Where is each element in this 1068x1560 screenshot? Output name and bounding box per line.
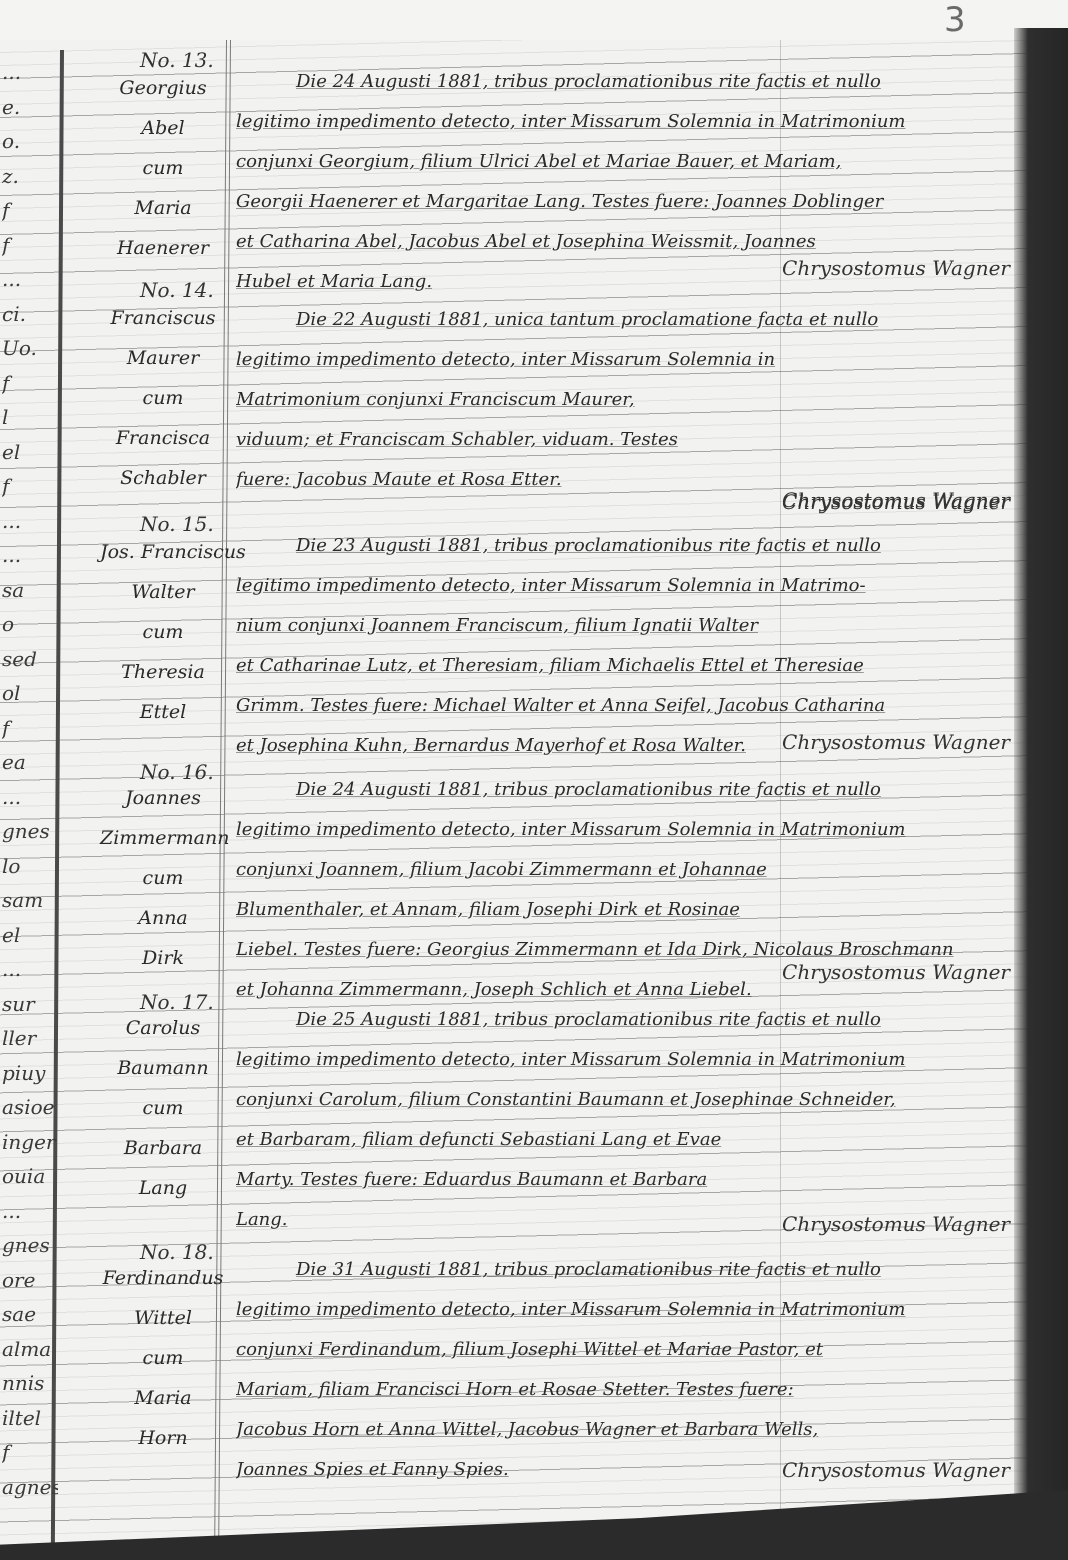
margin-fragment: o. <box>2 129 58 153</box>
entry-line: legitimo impedimento detecto, inter Miss… <box>236 102 1016 142</box>
margin-fragment: sur <box>2 992 58 1016</box>
groom-surname: Wittel <box>100 1298 226 1338</box>
entry-line: conjunxi Joannem, filium Jacobi Zimmerma… <box>236 850 1016 890</box>
margin-fragment: lo <box>2 854 58 878</box>
entry-line: legitimo impedimento detecto, inter Miss… <box>236 1040 1016 1080</box>
margin-fragment: ... <box>2 957 58 981</box>
entry-line: Die 24 Augusti 1881, tribus proclamation… <box>236 62 1016 102</box>
page-number: 3 <box>944 0 966 40</box>
margin-fragment: sed <box>2 647 58 671</box>
margin-fragment: iltel <box>2 1406 58 1430</box>
couple-names: Carolus Baumann cum Barbara Lang <box>100 1008 226 1208</box>
priest-signature-final: Chrysostomus Wagner <box>782 1458 1010 1482</box>
entry-line: Georgii Haenerer et Margaritae Lang. Tes… <box>236 182 1016 222</box>
priest-signature: Chrysostomus Wagner <box>782 960 1010 984</box>
entry-line: legitimo impedimento detecto, inter Miss… <box>236 1290 1016 1330</box>
margin-fragment: f <box>2 1440 58 1464</box>
margin-fragment: alma <box>2 1337 58 1361</box>
bride-first-name: Anna <box>100 898 226 938</box>
margin-fragment: el <box>2 440 58 464</box>
margin-fragment: ci. <box>2 302 58 326</box>
margin-fragment: z. <box>2 164 58 188</box>
entry-line: Mariam, filiam Francisci Horn et Rosae S… <box>236 1370 1016 1410</box>
entry-text: Die 22 Augusti 1881, unica tantum procla… <box>236 300 1016 500</box>
bride-first-name: Barbara <box>100 1128 226 1168</box>
entry-line: Die 22 Augusti 1881, unica tantum procla… <box>236 300 1016 340</box>
groom-first-name: Jos. Franciscus <box>100 532 226 572</box>
margin-fragment: Uo. <box>2 336 58 360</box>
margin-fragment: ore <box>2 1268 58 1292</box>
margin-fragment: sa <box>2 578 58 602</box>
margin-fragment: sae <box>2 1302 58 1326</box>
margin-fragment: f <box>2 474 58 498</box>
couple-names: Franciscus Maurer cum Francisca Schabler <box>100 298 226 498</box>
entry-text: Die 25 Augusti 1881, tribus proclamation… <box>236 1000 1016 1240</box>
entry-line: legitimo impedimento detecto, inter Miss… <box>236 340 1016 380</box>
groom-surname: Zimmermann <box>100 818 226 858</box>
margin-fragment: f <box>2 198 58 222</box>
bride-surname: Haenerer <box>100 228 226 268</box>
entry-line: et Catharinae Lutz, et Theresiam, filiam… <box>236 646 1016 686</box>
margin-fragment: asioe <box>2 1095 58 1119</box>
margin-fragment: o <box>2 612 58 636</box>
bride-surname: Dirk <box>100 938 226 978</box>
bride-first-name: Francisca <box>100 418 226 458</box>
entry-line: viduum; et Franciscam Schabler, viduam. … <box>236 420 1016 460</box>
entry-line: et Barbaram, filiam defuncti Sebastiani … <box>236 1120 1016 1160</box>
entry-line: Die 31 Augusti 1881, tribus proclamation… <box>236 1250 1016 1290</box>
groom-surname: Walter <box>100 572 226 612</box>
margin-fragment: f <box>2 371 58 395</box>
entry-text: Die 31 Augusti 1881, tribus proclamation… <box>236 1250 1016 1490</box>
margin-fragment: ea <box>2 750 58 774</box>
cum-label: cum <box>100 612 226 652</box>
margin-fragment: gnes <box>2 819 58 843</box>
entry-line: Die 25 Augusti 1881, tribus proclamation… <box>236 1000 1016 1040</box>
margin-fragment: ol <box>2 681 58 705</box>
margin-fragment: inger <box>2 1130 58 1154</box>
margin-fragment: nnis <box>2 1371 58 1395</box>
margin-fragment: el <box>2 923 58 947</box>
margin-fragment: ouia <box>2 1164 58 1188</box>
bride-surname: Schabler <box>100 458 226 498</box>
margin-fragment: gnes <box>2 1233 58 1257</box>
groom-first-name: Joannes <box>100 778 226 818</box>
entry-line: legitimo impedimento detecto, inter Miss… <box>236 566 1016 606</box>
groom-first-name: Ferdinandus <box>100 1258 226 1298</box>
groom-first-name: Carolus <box>100 1008 226 1048</box>
margin-fragment: f <box>2 233 58 257</box>
margin-fragment: l <box>2 405 58 429</box>
margin-fragment: ... <box>2 267 58 291</box>
margin-fragment: piuy <box>2 1061 58 1085</box>
groom-surname: Abel <box>100 108 226 148</box>
bride-surname: Lang <box>100 1168 226 1208</box>
cum-label: cum <box>100 148 226 188</box>
priest-signature: Chrysostomus Wagner <box>782 730 1010 754</box>
groom-first-name: Georgius <box>100 68 226 108</box>
entry-line: nium conjunxi Joannem Franciscum, filium… <box>236 606 1016 646</box>
margin-fragment: f <box>2 716 58 740</box>
bride-surname: Horn <box>100 1418 226 1458</box>
entry-line: Die 24 Augusti 1881, tribus proclamation… <box>236 770 1016 810</box>
margin-fragment: ... <box>2 785 58 809</box>
entry-line: conjunxi Georgium, filium Ulrici Abel et… <box>236 142 1016 182</box>
entry-line: conjunxi Ferdinandum, filium Josephi Wit… <box>236 1330 1016 1370</box>
couple-names: Joannes Zimmermann cum Anna Dirk <box>100 778 226 978</box>
margin-fragment: e. <box>2 95 58 119</box>
scan-shadow-right <box>1014 28 1068 1560</box>
entry-line: Grimm. Testes fuere: Michael Walter et A… <box>236 686 1016 726</box>
margin-fragment: agnes <box>2 1475 58 1499</box>
bride-surname: Ettel <box>100 692 226 732</box>
entry-line: legitimo impedimento detecto, inter Miss… <box>236 810 1016 850</box>
entry-line: Blumenthaler, et Annam, filiam Josephi D… <box>236 890 1016 930</box>
entry-line: Die 23 Augusti 1881, tribus proclamation… <box>236 526 1016 566</box>
couple-names: Ferdinandus Wittel cum Maria Horn <box>100 1258 226 1458</box>
margin-fragment: sam <box>2 888 58 912</box>
bride-first-name: Maria <box>100 188 226 228</box>
entry-line: conjunxi Carolum, filium Constantini Bau… <box>236 1080 1016 1120</box>
margin-fragment: ... <box>2 543 58 567</box>
groom-first-name: Franciscus <box>100 298 226 338</box>
cum-label: cum <box>100 858 226 898</box>
margin-fragment: ... <box>2 509 58 533</box>
couple-names: Georgius Abel cum Maria Haenerer <box>100 68 226 268</box>
margin-fragment: ... <box>2 1199 58 1223</box>
margin-fragment: ller <box>2 1026 58 1050</box>
entry-line: Jacobus Horn et Anna Wittel, Jacobus Wag… <box>236 1410 1016 1450</box>
bride-first-name: Maria <box>100 1378 226 1418</box>
priest-signature: Chrysostomus Wagner <box>782 488 1010 512</box>
cum-label: cum <box>100 378 226 418</box>
entry-line: Matrimonium conjunxi Franciscum Maurer, <box>236 380 1016 420</box>
couple-names: Jos. Franciscus Walter cum Theresia Ette… <box>100 532 226 732</box>
priest-signature: Chrysostomus Wagner <box>782 256 1010 280</box>
bride-first-name: Theresia <box>100 652 226 692</box>
cum-label: cum <box>100 1088 226 1128</box>
cum-label: cum <box>100 1338 226 1378</box>
priest-signature: Chrysostomus Wagner <box>782 1212 1010 1236</box>
groom-surname: Maurer <box>100 338 226 378</box>
margin-fragment: ... <box>2 60 58 84</box>
entry-line: Marty. Testes fuere: Eduardus Baumann et… <box>236 1160 1016 1200</box>
groom-surname: Baumann <box>100 1048 226 1088</box>
